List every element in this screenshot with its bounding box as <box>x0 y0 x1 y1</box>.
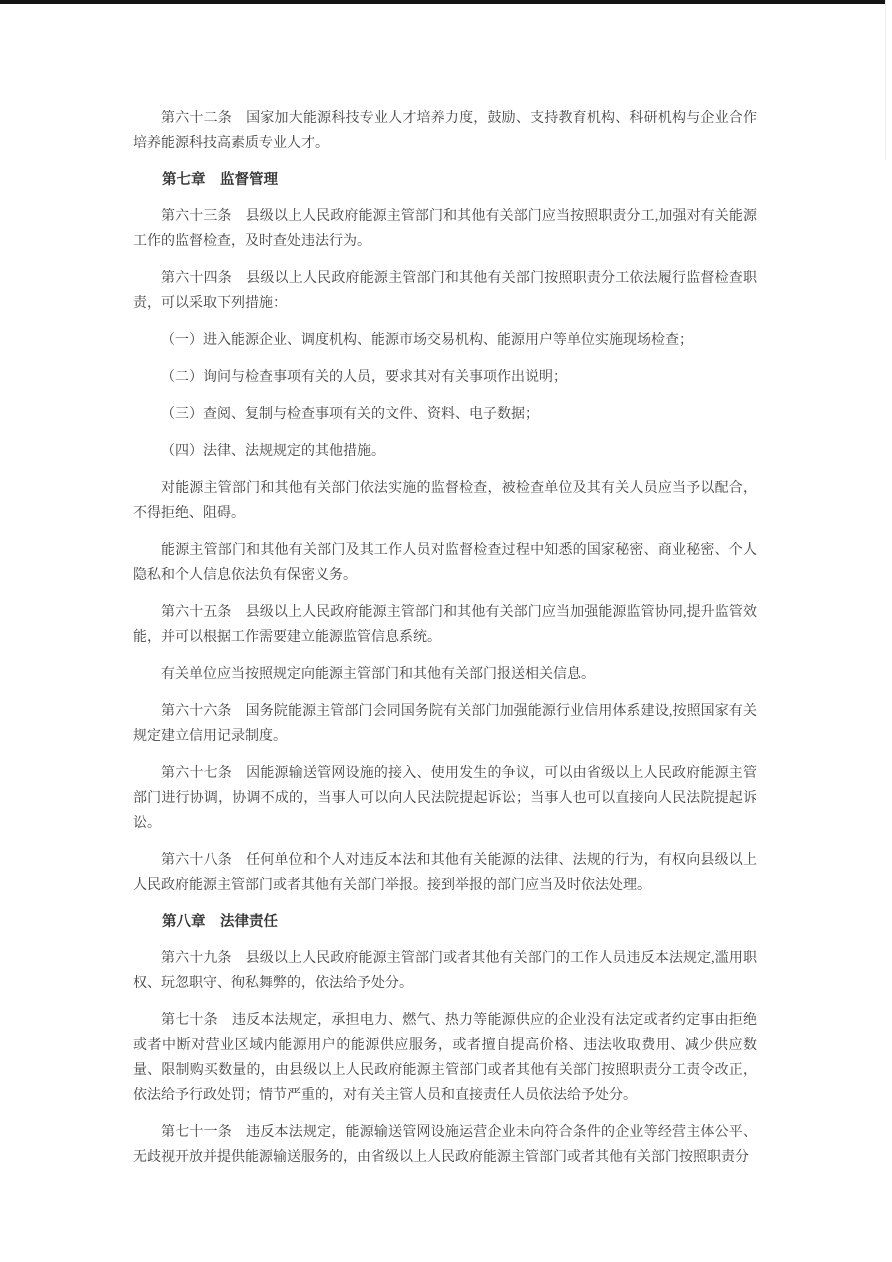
paragraph: 第六十七条 因能源输送管网设施的接入、使用发生的争议，可以由省级以上人民政府能源… <box>133 761 757 836</box>
paragraph: （四）法律、法规规定的其他措施。 <box>133 439 757 464</box>
paragraph: （二）询问与检查事项有关的人员，要求其对有关事项作出说明； <box>133 365 757 390</box>
document-body: 第六十二条 国家加大能源科技专业人才培养力度，鼓励、支持教育机构、科研机构与企业… <box>133 106 757 1170</box>
paragraph: （三）查阅、复制与检查事项有关的文件、资料、电子数据； <box>133 402 757 427</box>
paragraph: 第六十五条 县级以上人民政府能源主管部门和其他有关部门应当加强能源监管协同,提升… <box>133 600 757 650</box>
paragraph: 第六十三条 县级以上人民政府能源主管部门和其他有关部门应当按照职责分工,加强对有… <box>133 204 757 254</box>
page-right-edge <box>885 0 886 160</box>
paragraph: 第六十二条 国家加大能源科技专业人才培养力度，鼓励、支持教育机构、科研机构与企业… <box>133 106 757 156</box>
paragraph: 第七十一条 违反本法规定，能源输送管网设施运营企业未向符合条件的企业等经营主体公… <box>133 1120 757 1170</box>
paragraph: 对能源主管部门和其他有关部门依法实施的监督检查，被检查单位及其有关人员应当予以配… <box>133 476 757 526</box>
paragraph: 有关单位应当按照规定向能源主管部门和其他有关部门报送相关信息。 <box>133 662 757 687</box>
paragraph: （一）进入能源企业、调度机构、能源市场交易机构、能源用户等单位实施现场检查； <box>133 328 757 353</box>
chapter-heading: 第七章 监督管理 <box>133 168 757 193</box>
paragraph: 第六十六条 国务院能源主管部门会同国务院有关部门加强能源行业信用体系建设,按照国… <box>133 699 757 749</box>
paragraph: 第六十四条 县级以上人民政府能源主管部门和其他有关部门按照职责分工依法履行监督检… <box>133 266 757 316</box>
window-top-bar <box>0 0 886 4</box>
chapter-heading: 第八章 法律责任 <box>133 910 757 935</box>
paragraph: 第六十八条 任何单位和个人对违反本法和其他有关能源的法律、法规的行为，有权向县级… <box>133 848 757 898</box>
paragraph: 第六十九条 县级以上人民政府能源主管部门或者其他有关部门的工作人员违反本法规定,… <box>133 946 757 996</box>
document-page: 第六十二条 国家加大能源科技专业人才培养力度，鼓励、支持教育机构、科研机构与企业… <box>0 0 892 1262</box>
paragraph: 能源主管部门和其他有关部门及其工作人员对监督检查过程中知悉的国家秘密、商业秘密、… <box>133 538 757 588</box>
paragraph: 第七十条 违反本法规定，承担电力、燃气、热力等能源供应的企业没有法定或者约定事由… <box>133 1008 757 1108</box>
